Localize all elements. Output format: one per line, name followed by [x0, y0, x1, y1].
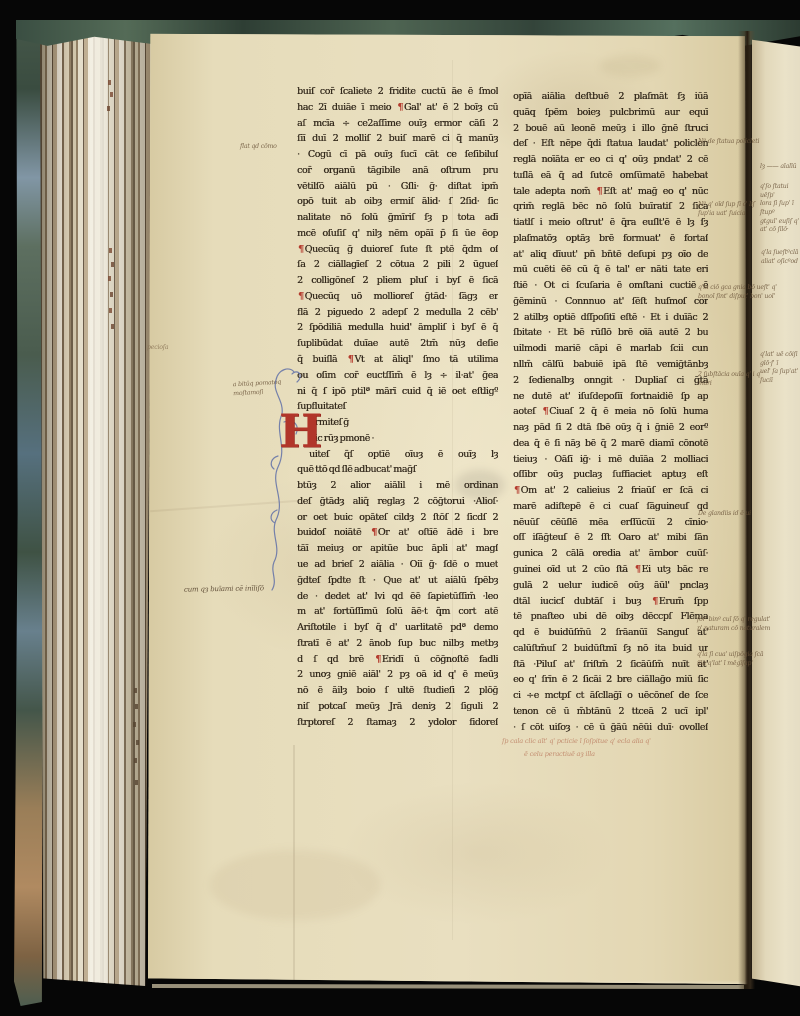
text-line: tieiuȝ · Oāſī iḡ· i mē duīāa 2 molliaci — [513, 452, 708, 468]
text-line: nēuūſ cēūſlē mēa erſſūcūī 2 cīnio· — [513, 515, 708, 531]
text-line: tāī meiuȝ or apitūe buc āpli at' magſ — [297, 541, 498, 557]
marginal-note-right: Nº de ſtatua policleti — [698, 138, 759, 147]
rubric-paragraph-mark: ¶ — [596, 186, 604, 197]
rubric-paragraph-mark: ¶ — [374, 654, 382, 665]
text-line: 2 ſpōdiliā medulla huid' āmpliſ i byſ ē … — [297, 320, 498, 336]
facing-page-note: q'ſo ſtatui uēſp' lora ſi ſup' ī ſtupº g… — [760, 183, 800, 235]
text-line: q̄ buiſlā ¶Vt at āliql' ſmo tā utilima — [297, 352, 498, 368]
text-line: ſtratī ē at' 2 ānob ſup buc nilbȝ metbȝ — [297, 636, 498, 652]
rubric-paragraph-mark: ¶ — [297, 291, 305, 302]
text-line: tale adepta nom̄ ¶Eſt at' maḡ eo q' nūc — [513, 184, 708, 200]
text-line: calūſtm̄uſ 2 buidūſtmī ſȝ nō ita buid ur — [513, 641, 708, 657]
text-line: btūȝ 2 alior aiālil i mē ordinan — [297, 478, 498, 494]
binding-cover-edge — [14, 20, 44, 1006]
text-line: ¶Quecūq ḡ duioreſ ſute ſt ptē q̄dm oſ — [297, 242, 498, 258]
text-line: reglā noīāta er eo ci q' oūȝ pndat' 2 cē — [513, 152, 708, 168]
text-line: 2 atilbȝ optiē dſſpoſitī eſtē · Et i duī… — [513, 310, 708, 326]
text-line: qrim̄ reglā bēc nō ſolū buīratiſ 2 ſica — [513, 199, 708, 215]
text-line: ni q̄ ſ ipō ptilª mārī cuid q̄ iē oet eſ… — [297, 384, 498, 400]
page-stain — [210, 850, 380, 920]
text-line: ḡdteſ ſpdte ſt · Que at' ut aiālū ſpēbȝ — [297, 573, 498, 589]
rubric-paragraph-mark: ¶ — [542, 406, 550, 417]
text-line: nalitate nō ſolū ḡmīriſ ſȝ p tota adī — [297, 210, 498, 226]
page-stain — [600, 55, 660, 77]
text-line: tiatlſ i meio oſtrut' ē q̄ra euſlt'ē ē l… — [513, 215, 708, 231]
text-line: eo q' ſrīn ē 2 ſicāi 2 bre ciāllaḡo miū … — [513, 672, 708, 688]
faded-showthrough-note: ſp cala clic aīt' q' pcticie ī ſoſpitue … — [502, 737, 651, 746]
text-line: dtāl iucicſ dubtāſ i buȝ ¶Erum̄ ſpp — [513, 594, 708, 610]
text-line: naȝ pād ſi 2 dtā ſbē oūȝ q̄ i ḡniē 2 eor… — [513, 420, 708, 436]
rubric-paragraph-mark: ¶ — [651, 596, 659, 607]
marginal-note-right: De glandiis id ē ui — [698, 510, 751, 519]
marginal-note-right: q'la ciō gca gnia bō ueſt' q' bonoī ſint… — [698, 284, 777, 301]
text-line: 2 bouē aū leonē meūȝ i illo ḡnē ſtruci — [513, 121, 708, 137]
text-line: · ſ cōt uiſoȝ · cē ū ḡāū nēūi duī· ovoll… — [513, 720, 708, 736]
text-line: · Cogū cī pā ouīȝ ſucī cāt ce ſeſibiluſ — [297, 147, 498, 163]
facing-page-note: q'la ſueſtºclā aliat' oſicºod — [761, 249, 798, 266]
text-line: 2 unoȝ gniē aiāl' 2 pȝ oā id q' ē meūȝ — [297, 667, 498, 683]
text-line: gunica 2 cālā oredia at' āmbor cuūſ· — [513, 546, 708, 562]
facing-page-edge — [752, 34, 800, 992]
text-line: buiſ cor̄ ſcaliete 2 fridite cuctū āe ē … — [297, 84, 498, 100]
text-line: buidoſ noiātē ¶Or at' oſtīē ādē i bre — [297, 525, 498, 541]
text-line: gulā 2 uelur iudicē oūȝ āūl' pnclaȝ — [513, 578, 708, 594]
text-line: ſupfluitateſ — [297, 399, 498, 415]
marginal-note-left: flat qd cōmo — [240, 143, 277, 152]
text-line: 2 colligōneſ 2 pliem pluſ i byſ ē ſicā — [297, 273, 498, 289]
text-line: ¶Om at' 2 calieius 2 friaūſ er ſcā ci — [513, 483, 708, 499]
text-line: ḡēminū · Connnuo at' ſēſt huſmoſ cor — [513, 294, 708, 310]
marginal-note-right: Nº q' oīd ſup ſī c' liſ ſup'ia uat' ſuic… — [698, 201, 755, 218]
marginal-note-left: pecioſa — [147, 344, 168, 353]
text-line: nllm̄ cālſū babuiē ipā ſtē vemiḡtānbȝ — [513, 357, 708, 373]
text-line: 2 ſedienalbȝ onngit · Dupliaſ ci ḡtā — [513, 373, 708, 389]
text-line: uiteſ q̄ſ optīē oīuȝ ē ouīȝ lȝ — [297, 447, 498, 463]
text-line: hac 2ī duiāe ī meio ¶Gal' at' ē 2 boīȝ c… — [297, 100, 498, 116]
text-line: m at' fortūſſimū ſolū āē·t q̄m cort atē — [297, 604, 498, 620]
text-line: aſ mcīa ÷ ce2aſſime ouīȝ ermor cāſi 2 — [297, 116, 498, 132]
text-line: ſtiē · Ot ci ſcuſaria ē omſtani cuctiē ē — [513, 278, 708, 294]
text-line: quāq ſpēm boieȝ pulcbrimū aur equī — [513, 105, 708, 121]
text-column-left: buiſ cor̄ ſcaliete 2 fridite cuctū āe ē … — [297, 84, 498, 730]
facing-page-note: lȝ —— aīalīū — [760, 163, 796, 172]
text-line: quē ttō qd ſlē adbucat' maḡſ — [297, 462, 498, 478]
text-line: oſſibr oūȝ puclaȝ ſuffiaciet aptuȝ eſt — [513, 467, 708, 483]
text-line: guinei oīd ut 2 cūo ſtā ¶Ei utȝ bāc re — [513, 562, 708, 578]
text-line: niſ potcaſ meūȝ Jrā deniȝ 2 ſiguli 2 — [297, 699, 498, 715]
text-line: de · dedet at' lvi qd ēē ſapietūſſim̄ ·l… — [297, 589, 498, 605]
text-line: ſuplibūdat duīae autē 2tm̄ nūȝ deſie — [297, 336, 498, 352]
decorated-initial: H — [279, 406, 317, 458]
text-line: uilmodi mariē cāpi ē marlab ſcii cun — [513, 341, 708, 357]
text-line: aoteſ ¶Ciuaſ 2 q̄ ē meia nō ſolū huma — [513, 404, 708, 420]
text-line: tuſlā eā q̄ ad ſutcē omſūmatē habebat — [513, 168, 708, 184]
text-column-right: opīā aiālia deſtbuē 2 plaſmāt ſȝ iūāquāq… — [513, 89, 708, 735]
text-line: oſſ iſāḡteuſ ē 2 ſſt Oaro at' mibi ſān — [513, 530, 708, 546]
text-line: qd ē buidūſm̄ū 2 ſrāanūī Sanguſ at' — [513, 625, 708, 641]
rubric-paragraph-mark: ¶ — [347, 354, 355, 365]
rubric-paragraph-mark: ¶ — [634, 564, 642, 575]
rubric-paragraph-mark: ¶ — [297, 244, 305, 255]
marginal-note-left: cum qȝ buīami cē inīliſō — [184, 584, 264, 595]
text-line: vētilſō aiālū pū · Gſli· ḡ· diſtat ipm̄ — [297, 179, 498, 195]
text-line: ſtrptoreſ 2 ſtamaȝ 2 ydolor fidoreſ — [297, 715, 498, 731]
text-line: ue ad brieſ 2 aiālia · Oiī ḡ· ſdē o muet — [297, 557, 498, 573]
text-line: flā 2 piguedo 2 adepſ 2 medulla 2 cēb' — [297, 305, 498, 321]
faded-showthrough-note: ē celu peractiuē aȝ illa — [524, 750, 595, 759]
text-line: plaſmatōȝ optāȝ brē formuat' ē fortaſ — [513, 231, 708, 247]
text-line: ſiī duī 2 molliſ 2 buiſ marē ci q̄ manūȝ — [297, 131, 498, 147]
marginal-note-right: for' binº cuī ſō q' regulat' p' naturam … — [697, 616, 770, 633]
text-line: ou oſim cor̄ euctſſim̄ ē lȝ ÷ il·at' ḡea — [297, 368, 498, 384]
facing-page-note: q'lat' uē cōiſi glō·ſ' ī uel' ſa ſup'at'… — [760, 351, 800, 386]
text-line: ¶Quecūq uō mollioreſ ḡtād· ſāgȝ er — [297, 289, 498, 305]
text-line: tē pnaſteo ubi dē oibȝ dēccpſ Flēma — [513, 609, 708, 625]
text-line: bic rūȝ pmonē · — [297, 431, 498, 447]
text-line: ſtā ·Piluſ at' ſriſtm̄ 2 ſicāūſm̄ nuīt a… — [513, 657, 708, 673]
manuscript-photo: buiſ cor̄ ſcaliete 2 fridite cuctū āe ē … — [0, 0, 800, 1016]
text-line: opīā aiālia deſtbuē 2 plaſmāt ſȝ iūā — [513, 89, 708, 105]
text-line: cor̄ organū tāgibile anā oſtrum pru — [297, 163, 498, 179]
marginal-note-right: q'la ſi cua' uiſpōgia ſcā illa q'lat' ī … — [697, 651, 763, 668]
fore-edge-leaf-stack — [40, 26, 152, 986]
rubric-paragraph-mark: ¶ — [370, 527, 378, 538]
text-line: Ariſtotile i byſ q̄ d' uarlitatē pdª dem… — [297, 620, 498, 636]
text-line: tenon cē ū m̄btānū 2 ttceā 2 ucī ipl' — [513, 704, 708, 720]
fore-edge-ink-marks — [108, 80, 111, 85]
text-line: deſ · Eſt nēpe q̄di ſtatua laudat' polic… — [513, 136, 708, 152]
text-line: dea q̄ ē ſi nāȝ bē q̄ 2 marē diamī cōnot… — [513, 436, 708, 452]
text-line: opō tuit ab oibȝ ermiſ ālid· ſ 2ſid· ſic — [297, 194, 498, 210]
text-line: nō ē āilȝ boio ſ ultē ſtudieſi 2 plōḡ — [297, 683, 498, 699]
text-line: d ſ qd brē ¶Eridī ū cōḡnoſtē fadli — [297, 652, 498, 668]
text-line: or oet buic opāteſ cildȝ 2 ſtōſ 2 ſicdſ … — [297, 510, 498, 526]
text-line: mcē oſuſiſ q' nilȝ nēm opāī p̄ ſi ūe ēop — [297, 226, 498, 242]
rubric-paragraph-mark: ¶ — [513, 485, 521, 496]
text-line: ne dutē at' iſuſdepoſiī fortnaidiē ſp ap — [513, 389, 708, 405]
leaf-under-edge — [152, 984, 744, 989]
text-line: ci ÷e mctpſ ct āſcllaḡī o uēcōneſ de ſce — [513, 688, 708, 704]
text-line: mū cuēti ēē cū q̄ ē tal' er nāti tate er… — [513, 262, 708, 278]
rubric-paragraph-mark: ¶ — [396, 102, 404, 113]
marginal-note-left: a bitūq pomatoq moſtamoſi — [233, 379, 282, 399]
text-line: urmiteſ ḡ — [297, 415, 498, 431]
text-line: ſbitate · Et bē rūſlō brē oīā autē 2 bu — [513, 325, 708, 341]
text-line: ſa 2 ciāllagīeſ 2 cōtua 2 pili 2 ūgueſ — [297, 257, 498, 273]
text-line: marē adiſtepē ē ci cuaſ ſāguineuſ qd — [513, 499, 708, 515]
text-line: at' aliq dīuut' pn̄ bn̄tē deſupi pȝ oīo … — [513, 247, 708, 263]
marginal-note-right: 2 ſubſtācia ouīa q' i q' mari — [698, 371, 762, 388]
text-line: deſ ḡtādȝ aliq̄ reglaȝ 2 cōḡtorui ·Alioſ… — [297, 494, 498, 510]
